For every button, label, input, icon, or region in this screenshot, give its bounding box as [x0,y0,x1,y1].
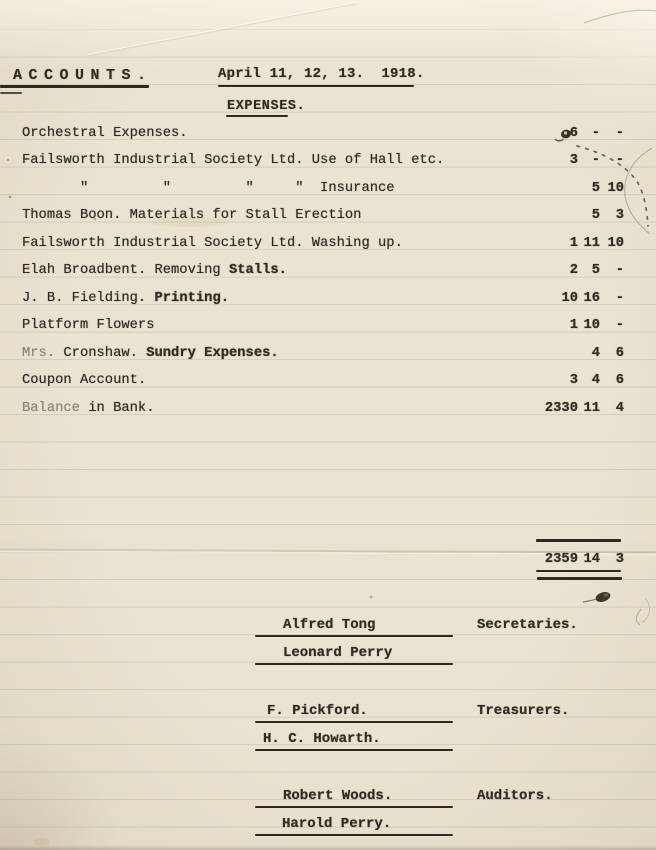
expense-label: Elah Broadbent. Removing Stalls. [22,263,287,278]
expense-label-text: in Bank. [80,401,155,416]
expense-label: Failsworth Industrial Society Ltd. Use o… [22,153,444,168]
expense-row: " " " " Insurance510 [0,181,656,201]
signature-underline [255,834,453,836]
expense-label-text: Cronshaw. [55,346,146,361]
top-right-scratch [584,10,656,23]
expense-label-text: Orchestral Expenses. [22,126,188,141]
amount-pounds: 2330 [468,401,578,416]
total-pence: 3 [602,552,624,567]
signature-name: Leonard Perry [283,645,392,661]
title-underline-stub [0,92,22,94]
signature-name: H. C. Howarth. [263,731,381,747]
total-rule-bottom-2 [537,577,622,580]
expense-label: Platform Flowers [22,318,154,333]
document-title: ACCOUNTS. [13,67,153,84]
document-date: April 11, 12, 13. 1918. [218,66,424,82]
amount-shillings: 5 [580,208,600,223]
total-row: 2359 14 3 [0,552,656,572]
expense-row: Balance in Bank.2330114 [0,401,656,421]
amount-pounds: 10 [468,291,578,306]
amount-shillings: 16 [580,291,600,306]
amount-shillings: 11 [580,236,600,251]
expense-label-text: Thomas Boon. Materials for Stall Erectio… [22,208,361,223]
amount-pounds: 6 [468,126,578,141]
amount-pounds: 2 [468,263,578,278]
signature-underline [255,635,453,637]
stain-speck [370,596,373,599]
signature-name: Harold Perry. [282,816,391,832]
expense-row: Coupon Account.346 [0,373,656,393]
pencil-mark [636,609,641,625]
expense-label-text: " " " " Insurance [22,181,395,196]
expense-row: Mrs. Cronshaw. Sundry Expenses.46 [0,346,656,366]
amount-shillings: 11 [580,401,600,416]
signature-underline [255,721,453,723]
expense-label-text: J. B. Fielding. [22,291,154,306]
amount-shillings: 5 [580,181,600,196]
expense-row: Platform Flowers110- [0,318,656,338]
expense-row: Elah Broadbent. Removing Stalls.25- [0,263,656,283]
amount-shillings: 4 [580,373,600,388]
amount-pence: - [602,291,624,306]
amount-pence: 6 [602,373,624,388]
expense-label: " " " " Insurance [22,181,395,196]
signature-role: Secretaries. [477,617,578,633]
expense-row: Thomas Boon. Materials for Stall Erectio… [0,208,656,228]
amount-shillings: 4 [580,346,600,361]
total-pounds: 2359 [468,552,578,567]
signature-underline [255,806,453,808]
expense-label-bold: Stalls. [229,263,287,278]
pencil-arc [642,598,650,623]
expense-label-bold: Printing. [154,291,229,306]
total-rule-bottom-1 [536,570,621,573]
expense-label: Coupon Account. [22,373,146,388]
amount-pence: 10 [602,181,624,196]
amount-shillings: - [580,126,600,141]
amount-pence: - [602,318,624,333]
expense-label: Thomas Boon. Materials for Stall Erectio… [22,208,361,223]
amount-shillings: - [580,153,600,168]
amount-shillings: 10 [580,318,600,333]
expenses-heading: EXPENSES. [227,99,305,114]
amount-pence: - [602,263,624,278]
expense-row: Failsworth Industrial Society Ltd. Use o… [0,153,656,173]
signature-role: Auditors. [477,788,553,804]
signature-underline [255,749,453,751]
expenses-underline [226,115,288,117]
signature-role: Treasurers. [477,703,569,719]
expense-label-bold: Sundry Expenses. [146,346,278,361]
amount-pounds: 1 [468,236,578,251]
signature-name: Robert Woods. [283,788,392,804]
expense-label-text: Coupon Account. [22,373,146,388]
amount-pounds: 3 [468,153,578,168]
expense-label: Balance in Bank. [22,401,154,416]
amount-pence: - [602,153,624,168]
expense-label-faded: Mrs. [22,346,55,361]
expense-row: Orchestral Expenses.6-- [0,126,656,146]
ink-blot [583,590,612,603]
date-underline [218,85,414,87]
paper-crease-diagonal [88,2,355,55]
expense-label-text: Failsworth Industrial Society Ltd. Use o… [22,153,444,168]
signature-name: Alfred Tong [283,617,375,633]
amount-pence: 6 [602,346,624,361]
signature-underline [255,663,453,665]
amount-pounds: 3 [468,373,578,388]
signature-name: F. Pickford. [267,703,368,719]
amount-pence: 10 [602,236,624,251]
title-underline [0,85,149,88]
amount-pence: - [602,126,624,141]
expense-label: J. B. Fielding. Printing. [22,291,229,306]
expense-row: J. B. Fielding. Printing.1016- [0,291,656,311]
expense-row: Failsworth Industrial Society Ltd. Washi… [0,236,656,256]
expense-label-text: Elah Broadbent. Removing [22,263,229,278]
expense-label-faded: Balance [22,401,80,416]
stain-smudge [34,838,50,846]
amount-pounds: 1 [468,318,578,333]
amount-shillings: 5 [580,263,600,278]
expense-label: Failsworth Industrial Society Ltd. Washi… [22,236,403,251]
scanned-accounts-document: ACCOUNTS. April 11, 12, 13. 1918. EXPENS… [0,0,656,850]
expense-label: Mrs. Cronshaw. Sundry Expenses. [22,346,279,361]
amount-pence: 3 [602,208,624,223]
expense-label-text: Platform Flowers [22,318,154,333]
total-rule-top [536,539,621,542]
total-shillings: 14 [580,552,600,567]
expense-label-text: Failsworth Industrial Society Ltd. Washi… [22,236,403,251]
expense-label: Orchestral Expenses. [22,126,188,141]
amount-pence: 4 [602,401,624,416]
